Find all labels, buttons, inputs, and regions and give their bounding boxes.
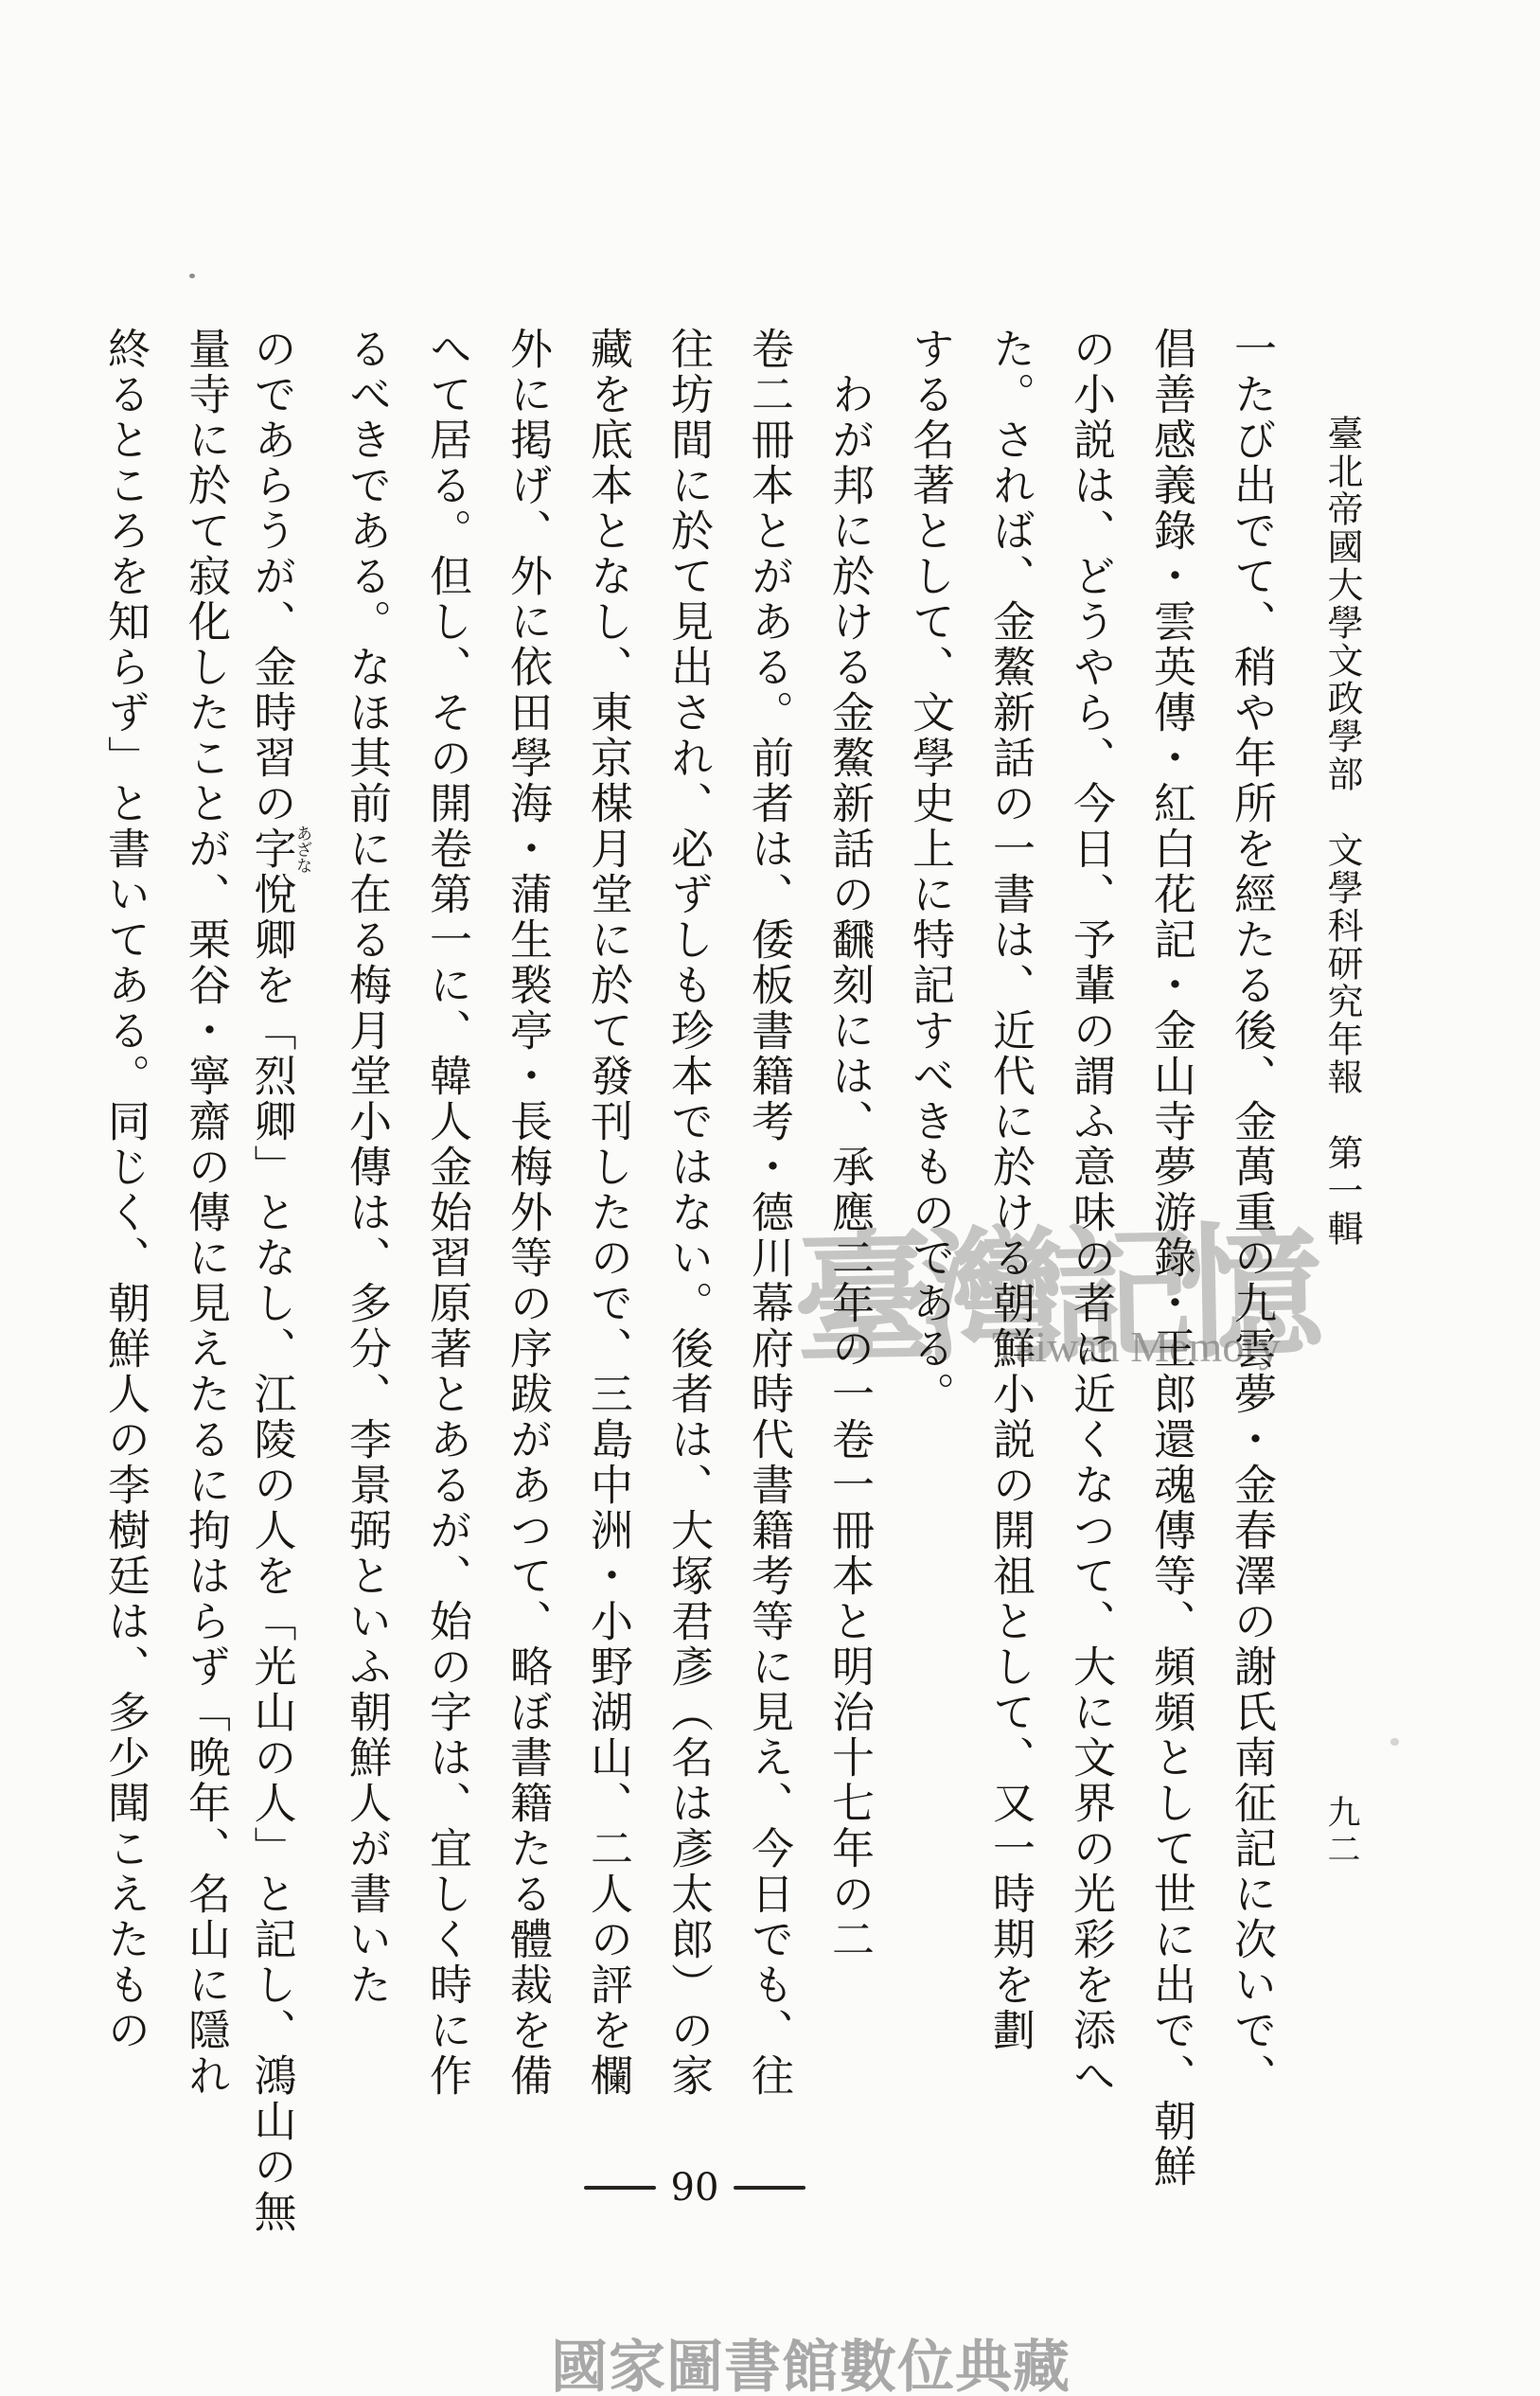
text-column-5: する名著として、文學史上に特記すべきものである。 — [905, 327, 954, 2210]
text-column-8: 往坊間に於て見出され、必ずしも珍本ではない。後者は、大塚君彥（名は彥太郎）の家 — [664, 327, 713, 2210]
text-column-2: 倡善感義錄・雲英傳・紅白花記・金山寺夢游錄・王郎還魂傳等、頻頻として世に出で、朝… — [1146, 327, 1195, 2210]
text-column-11: へて居る。但し、その開卷第一に、韓人金始習原著とあるが、始の字は、宜しく時に作 — [422, 327, 471, 2210]
text-column-12: るべきである。なほ其前に在る梅月堂小傳は、多分、李景弼といふ朝鮮人が書いた — [342, 327, 391, 2210]
text-column-3: の小説は、どうやら、今日、予輩の謂ふ意味の者に近くなつて、大に文界の光彩を添へ — [1066, 327, 1115, 2210]
text-column-1: 一たび出でて、稍や年所を經たる後、金萬重の九雲夢・金春澤の謝氏南征記に次いで、 — [1227, 327, 1276, 2210]
column-13-pre: のであらうが、金時習の — [247, 327, 297, 826]
text-column-10: 外に掲げ、外に依田學海・蒲生褧亭・長梅外等の序跋があつて、略ぼ書籍たる體裁を備 — [503, 327, 552, 2210]
text-column-13: のであらうが、金時習の字あざな悅卿を「烈卿」となし、江陵の人を「光山の人」と記し… — [261, 327, 310, 2210]
text-column-6: わが邦に於ける金鰲新話の飜刻には、承應二年の一卷一冊本と明治十七年の二 — [824, 327, 874, 2210]
archive-stamp: 國家圖書館數位典藏 — [551, 2322, 1071, 2396]
folio-number-kanji: 九二 — [1321, 1795, 1361, 1869]
footer-rule-right — [734, 2186, 805, 2190]
furigana-base: 字 — [247, 825, 297, 873]
journal-header: 臺北帝國大學文政學部 文學科研究年報 第一輯 — [1319, 415, 1365, 1267]
scanned-document-page: 臺灣記憶 Taiwan Memory 臺北帝國大學文政學部 文學科研究年報 第一… — [0, 0, 1540, 2396]
footer-rule-left — [584, 2186, 656, 2190]
text-column-4: た。されば、金鰲新話の一書は、近代に於ける朝鮮小説の開祖として、又一時期を劃 — [985, 327, 1035, 2210]
footer-pagination: 90 — [575, 2166, 814, 2210]
column-13-post: 悅卿を「烈卿」となし、江陵の人を「光山の人」と記し、鴻山の無 — [247, 872, 297, 2235]
furigana-text: あざな — [292, 825, 311, 873]
furigana-annotation: 字あざな — [247, 826, 297, 872]
page-number: 90 — [671, 2169, 719, 2207]
text-column-14: 量寺に於て寂化したことが、栗谷・寧齋の傳に見えたるに拘はらず「晩年、名山に隱れ — [181, 327, 230, 2210]
scan-speck — [1390, 1738, 1399, 1746]
text-column-15: 終るところを知らず」と書いてある。同じく、朝鮮人の李樹廷は、多少聞こえたもの — [100, 327, 150, 2210]
scan-speck — [189, 274, 195, 278]
text-column-7: 卷二冊本とがある。前者は、倭板書籍考・德川幕府時代書籍考等に見え、今日でも、往 — [744, 327, 793, 2210]
text-column-9: 藏を底本となし、東京楳月堂に於て發刊したので、三島中洲・小野湖山、二人の評を欄 — [583, 327, 632, 2210]
